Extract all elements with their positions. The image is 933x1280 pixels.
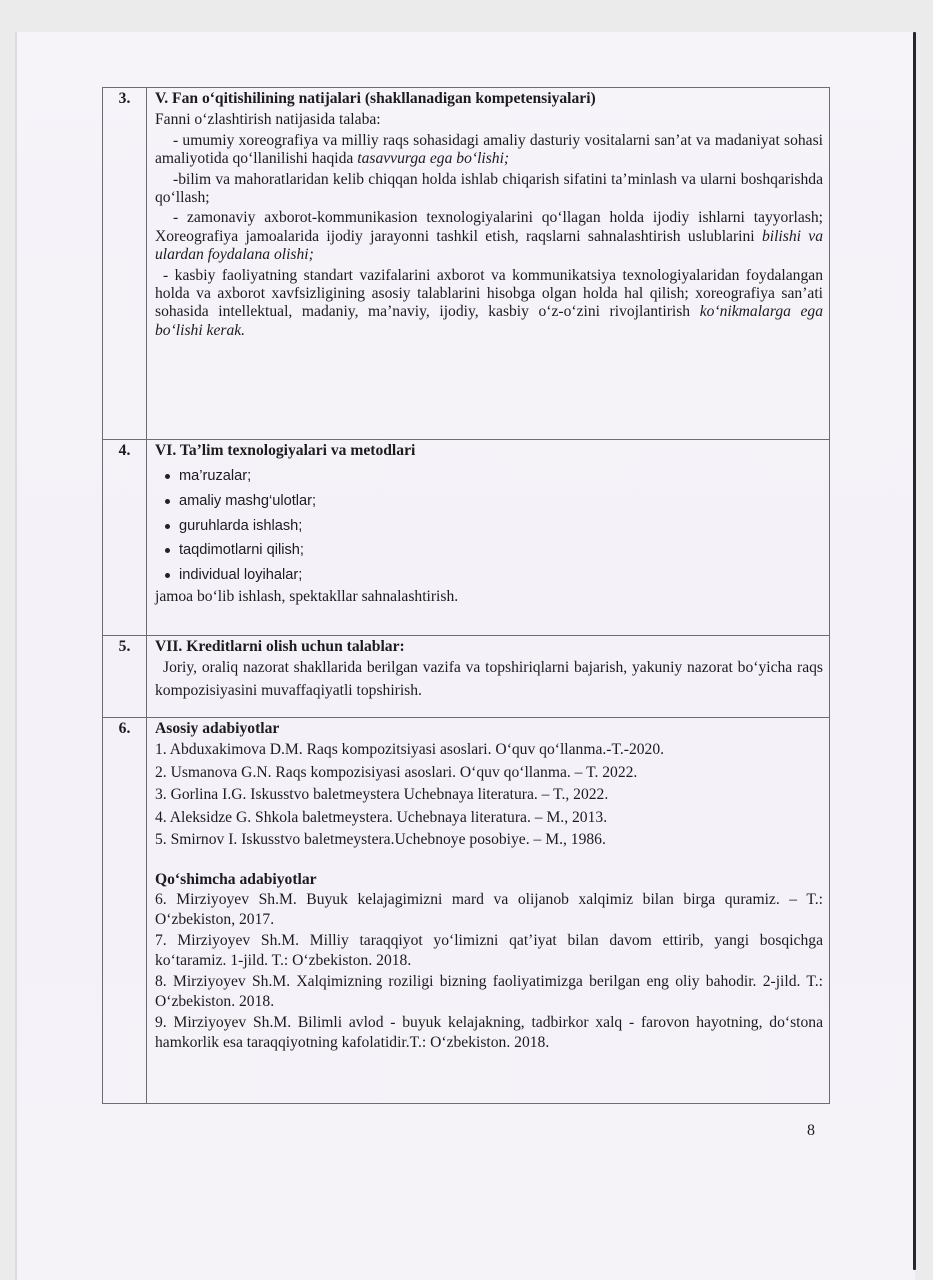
requirements-text: Joriy, oraliq nazorat shakllarida berilg… [155,656,823,702]
paragraph-text: - zamonaviy axborot-kommunikasion texnol… [155,209,823,244]
literature-cell: Asosiy adabiyotlar 1. Abduxakimova D.M. … [147,718,830,1104]
paragraph-emphasis: tasavvurga ega bo‘lishi; [357,150,509,167]
additional-literature-title: Qo‘shimcha adabiyotlar [155,871,823,889]
page-left-edge [15,32,17,1280]
literature-item: 6. Mirziyoyev Sh.M. Buyuk kelajagimizni … [155,890,823,931]
literature-item: 2. Usmanova G.N. Raqs kompozisiyasi asos… [155,762,823,784]
row-number: 3. [103,88,147,440]
syllabus-table: 3. V. Fan o‘qitishilining natijalari (sh… [102,87,830,1104]
table-row-methods: 4. VI. Ta’lim texnologiyalari va metodla… [103,440,830,636]
list-item: guruhlarda ishlash; [165,514,823,539]
competency-paragraph-1: - umumiy xoreografiya va milliy raqs soh… [155,132,823,169]
list-item: individual loyihalar; [165,563,823,588]
table-row-credit-requirements: 5. VII. Kreditlarni olish uchun talablar… [103,636,830,718]
literature-item: 9. Mirziyoyev Sh.M. Bilimli avlod - buyu… [155,1013,823,1054]
competencies-cell: V. Fan o‘qitishilining natijalari (shakl… [147,88,830,440]
row-number: 6. [103,718,147,1104]
literature-item: 5. Smirnov I. Iskusstvo baletmeystera.Uc… [155,829,823,851]
page-number: 8 [807,1122,815,1140]
main-literature-list: 1. Abduxakimova D.M. Raqs kompozitsiyasi… [155,739,823,851]
list-item: taqdimotlarni qilish; [165,538,823,563]
methods-footer: jamoa bo‘lib ishlash, spektakllar sahnal… [155,588,823,606]
list-item: ma’ruzalar; [165,464,823,489]
literature-item: 8. Mirziyoyev Sh.M. Xalqimizning rozilig… [155,972,823,1013]
main-literature-title: Asosiy adabiyotlar [155,720,823,738]
section-title: V. Fan o‘qitishilining natijalari (shakl… [155,90,823,108]
literature-item: 1. Abduxakimova D.M. Raqs kompozitsiyasi… [155,739,823,761]
competency-paragraph-4: - kasbiy faoliyatning standart vazifalar… [155,267,823,341]
row-number: 4. [103,440,147,636]
intro-text: Fanni o‘zlashtirish natijasida talaba: [155,111,823,129]
competency-paragraph-3: - zamonaviy axborot-kommunikasion texnol… [155,209,823,264]
row-number: 5. [103,636,147,718]
methods-cell: VI. Ta’lim texnologiyalari va metodlari … [147,440,830,636]
credit-requirements-cell: VII. Kreditlarni olish uchun talablar: J… [147,636,830,718]
literature-item: 7. Mirziyoyev Sh.M. Milliy taraqqiyot yo… [155,931,823,972]
table-row-competencies: 3. V. Fan o‘qitishilining natijalari (sh… [103,88,830,440]
list-item: amaliy mashg‘ulotlar; [165,489,823,514]
page-binding-edge [913,32,916,1270]
literature-item: 3. Gorlina I.G. Iskusstvo baletmeystera … [155,784,823,806]
section-title: VII. Kreditlarni olish uchun talablar: [155,638,823,656]
competency-paragraph-2: -bilim va mahoratlaridan kelib chiqqan h… [155,171,823,208]
literature-item: 4. Aleksidze G. Shkola baletmeystera. Uc… [155,807,823,829]
methods-list: ma’ruzalar; amaliy mashg‘ulotlar; guruhl… [155,464,823,587]
section-title: VI. Ta’lim texnologiyalari va metodlari [155,442,823,460]
table-row-literature: 6. Asosiy adabiyotlar 1. Abduxakimova D.… [103,718,830,1104]
